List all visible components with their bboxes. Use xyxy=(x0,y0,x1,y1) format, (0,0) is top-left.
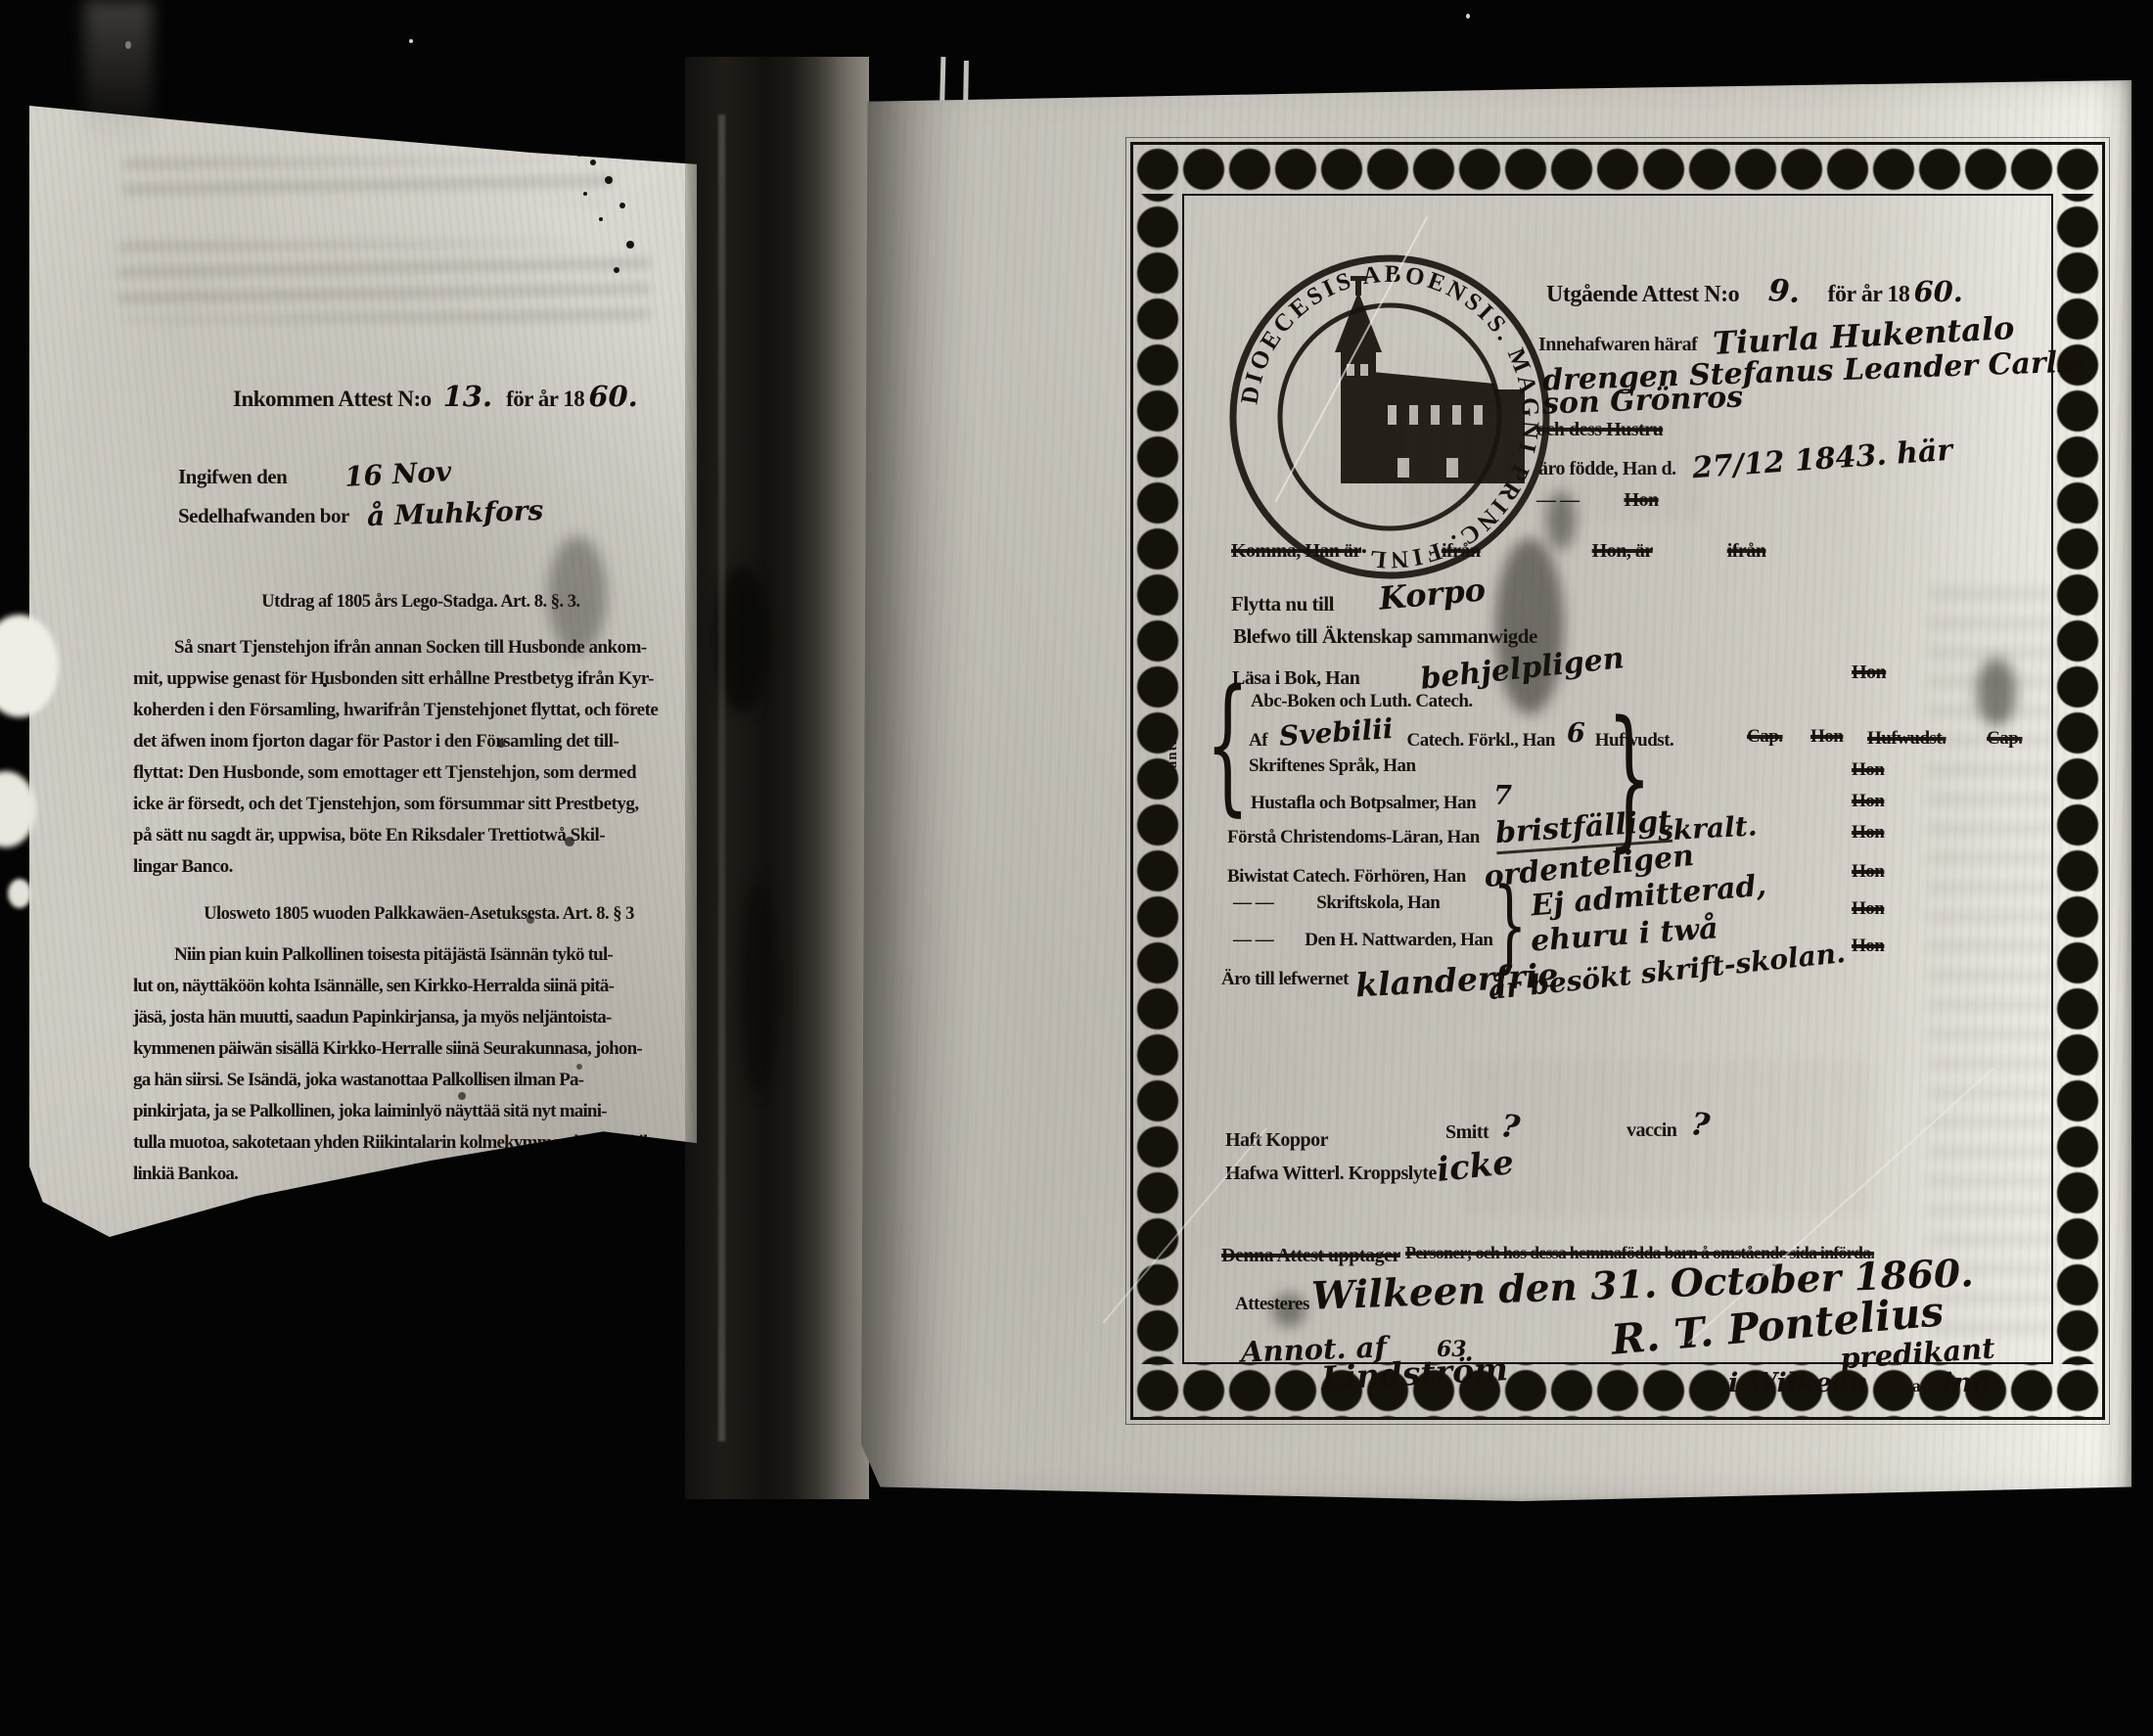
struck-cap: Cap. xyxy=(1747,726,1783,748)
attest-in-label: Inkommen Attest N:o xyxy=(233,387,432,411)
smallpox-label: Haft Koppor xyxy=(1225,1129,1328,1152)
left-page: Inkommen Attest N:o 13. för år 18 60. In… xyxy=(29,76,697,1249)
dust-speck xyxy=(1466,14,1470,19)
film-edge-shadow xyxy=(84,0,153,147)
origin-row: Komma, Han är ifrån Hon, är ifrån xyxy=(1231,540,1765,563)
dashes: — — xyxy=(1233,930,1273,950)
paragraph-line: på sätt nu sagdt är, uppwisa, böte En Ri… xyxy=(133,820,693,851)
paragraph-line: pinkirjata, ja se Palkollinen, joka laim… xyxy=(133,1096,697,1127)
paragraph-line: ga hän siirsi. Se Isändä, joka wastanott… xyxy=(133,1065,697,1096)
af-label: Af xyxy=(1249,730,1267,751)
move-destination-hw: Korpo xyxy=(1378,571,1488,617)
ink-smudge xyxy=(548,536,607,654)
read-row: Läsa i Bok, Han behjelpligen xyxy=(1232,658,1625,692)
received-row: Ingifwen den 16 Nov xyxy=(178,458,452,490)
paragraph-line: Niin pian kuin Palkollinen toisesta pitä… xyxy=(133,939,697,971)
attest-out-label: Utgående Attest N:o xyxy=(1546,282,1739,307)
right-header: Utgående Attest N:o 9. för år 18 60. xyxy=(1546,274,1963,309)
bleedthrough-text xyxy=(1928,589,2055,1333)
struck-hon: Hon xyxy=(1852,791,1884,812)
attest-out-year-label: för år 18 xyxy=(1828,282,1910,307)
annotation-mark-hw: 63 xyxy=(1437,1337,1467,1362)
struck-komma: Komma, Han är xyxy=(1231,540,1361,562)
ink-smudge xyxy=(714,566,768,712)
paragraph-line: lut on, näyttäköön kohta Isännälle, sen … xyxy=(133,971,697,1002)
attest-out-year: 60. xyxy=(1913,275,1962,308)
paragraph-line: icke är försedt, och det Tjenstehjon, so… xyxy=(133,789,693,820)
paragraph-line: kymmenen päiwän sisällä Kirkko-Herralle … xyxy=(133,1033,697,1065)
attest-out-number: 9. xyxy=(1767,273,1802,310)
communion-row: — — Den H. Nattwarden, Han xyxy=(1233,930,1492,951)
paragraph-line: jäsä, josta hän muutti, saadun Papinkirj… xyxy=(133,1002,697,1033)
confirmation-school-row: — — Skriftskola, Han xyxy=(1233,892,1440,914)
struck-hon: Hon xyxy=(1852,822,1884,844)
finnish-paragraph: Niin pian kuin Palkollinen toisesta pitä… xyxy=(133,939,697,1190)
paragraph-line: mit, uppwise genast för Husbonden sitt e… xyxy=(133,663,693,695)
dashes: — — xyxy=(1233,892,1273,913)
ink-speck xyxy=(323,683,327,687)
abc-line: Abc-Boken och Luth. Catech. xyxy=(1251,691,1473,712)
catechism-author-hw: Svebilii xyxy=(1278,712,1394,753)
struck-hon: Hon xyxy=(1852,898,1884,920)
conduct-row: Äro till lefwernet xyxy=(1221,969,1349,990)
book-spine-fold xyxy=(685,57,869,1499)
hustafla-label: Hustafla och Botpsalmer, Han xyxy=(1251,793,1476,813)
parish-prefix-hw: i Wilkeen xyxy=(1728,1368,1868,1398)
bleedthrough-text xyxy=(122,160,612,204)
paragraph-line: tulla muotoa, sakotetaan yhden Riikintal… xyxy=(133,1127,697,1159)
received-value: 16 Nov xyxy=(344,455,452,493)
move-label: Flytta nu till xyxy=(1231,592,1334,616)
struck-hon-ar: Hon, är xyxy=(1592,540,1653,562)
parish-suffix-hw: ing xyxy=(1943,1368,1991,1398)
struck-hon: Hon xyxy=(1810,726,1843,748)
paragraph-line: Så snart Tjenstehjon ifrån annan Socken … xyxy=(133,632,693,663)
attest-in-year: 60. xyxy=(588,380,637,413)
catechism-label: Catech. Förkl., Han xyxy=(1407,730,1555,751)
ink-smudge xyxy=(1495,538,1564,714)
bleedthrough-text xyxy=(1409,403,1703,521)
received-label: Ingifwen den xyxy=(178,465,287,488)
read-label: Läsa i Bok, Han xyxy=(1232,667,1359,689)
left-header: Inkommen Attest N:o 13. för år 18 60. xyxy=(233,380,638,413)
move-row: Flytta nu till Korpo xyxy=(1231,581,1486,618)
holder-label: Innehafwaren häraf xyxy=(1538,334,1697,355)
group-brace-open: { xyxy=(1206,671,1250,819)
microfilm-scan: { "glyphs": { "brace_open": "{", "brace_… xyxy=(0,0,2153,1736)
attest-in-number: 13. xyxy=(443,380,492,413)
conduct-label: Äro till lefwernet xyxy=(1221,969,1349,989)
attest-in-year-label: för år 18 xyxy=(506,387,584,411)
struck-ifran: ifrån xyxy=(1442,540,1481,562)
parish-printed-label: Församl xyxy=(1880,1376,1939,1395)
paragraph-line: det äfwen inom fjorton dagar för Pastor … xyxy=(133,726,693,757)
paragraph-line: flyttat: Den Husbonde, som emottager ett… xyxy=(133,757,693,789)
ink-smudge xyxy=(1272,1294,1306,1327)
ink-speck xyxy=(577,153,581,157)
script-language-row: Skriftenes Språk, Han xyxy=(1249,755,1416,777)
catechism-count-hw: 6 xyxy=(1567,718,1585,749)
communion-label: Den H. Nattwarden, Han xyxy=(1305,930,1492,950)
paragraph-line: koherden i den Församling, hwarifrån Tje… xyxy=(133,695,693,726)
dust-speck xyxy=(409,39,413,43)
struck-footer-label: Denna Attest upptager xyxy=(1221,1245,1400,1267)
bleedthrough-text xyxy=(1468,1059,1879,1215)
holder-row: Sedelhafwanden bor å Muhkfors xyxy=(178,497,543,529)
finnish-heading: Ulosweto 1805 wuoden Palkkawäen-Asetukse… xyxy=(145,904,693,925)
deformity-label: Hafwa Witterl. Kroppslyte xyxy=(1225,1163,1437,1185)
understanding-label: Förstå Christendoms-Läran, Han xyxy=(1227,827,1480,847)
hustafla-row: Hustafla och Botpsalmer, Han 7 xyxy=(1251,785,1512,815)
struck-hon: Hon xyxy=(1852,662,1886,684)
confirmation-school-label: Skriftskola, Han xyxy=(1316,892,1440,913)
swedish-paragraph: Så snart Tjenstehjon ifrån annan Socken … xyxy=(133,632,693,883)
parish-row: i Wilkeen Församl ing xyxy=(1728,1368,1991,1398)
rosette-border-top xyxy=(1133,145,2102,194)
utantill-vertical-label: Utantill xyxy=(1165,730,1181,786)
right-page: DIOECESIS ABOENSIS. MAGNI PRINC. FINL. xyxy=(861,80,2131,1501)
holder-label: Sedelhafwanden bor xyxy=(178,504,349,527)
paragraph-line: lingar Banco. xyxy=(133,851,693,883)
struck-ifran: ifrån xyxy=(1727,540,1766,562)
film-edge-blob xyxy=(8,879,31,908)
bleedthrough-text xyxy=(117,243,651,321)
wed-line: Blefwo till Äktenskap sammanwigde xyxy=(1233,624,1537,649)
struck-hon: Hon xyxy=(1852,759,1884,781)
struck-hon: Hon xyxy=(1852,861,1884,883)
hustafla-count-hw: 7 xyxy=(1493,781,1512,811)
struck-hon: Hon xyxy=(1852,936,1884,957)
ink-smudge xyxy=(739,879,778,1094)
holder-value: å Muhkfors xyxy=(366,494,543,532)
attendance-label: Biwistat Catech. Förhören, Han xyxy=(1227,866,1466,887)
paragraph-line: linkiä Bankoa. xyxy=(133,1159,697,1190)
